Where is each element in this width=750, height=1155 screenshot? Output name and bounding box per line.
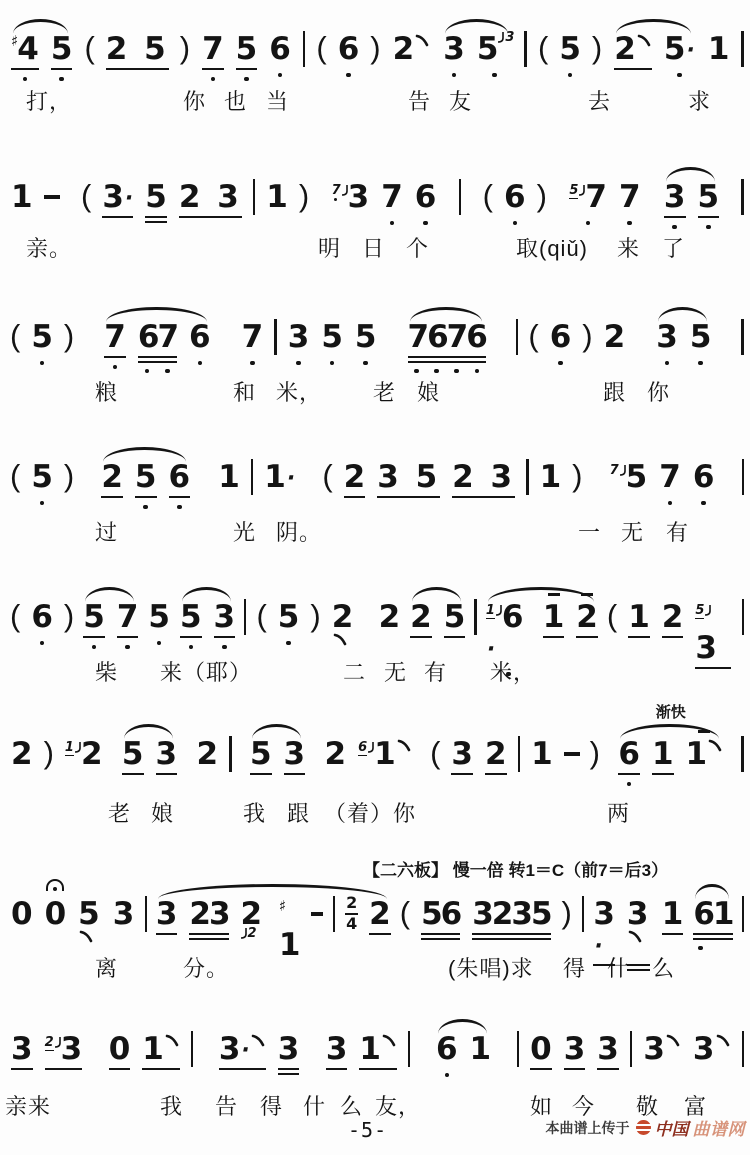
octave-dots [116,645,140,650]
underline [618,773,640,776]
lyric: 米， [276,376,322,407]
lyric: 分。 [183,952,229,983]
note-digit: 3 [664,182,686,213]
lyric: 粮 [95,376,118,407]
paren-open: ( [538,32,548,63]
octave-dots [201,77,225,82]
barline [253,179,256,215]
paren-close: ) [562,897,572,928]
note: 7 [658,462,682,493]
note-digit: 2 3 [452,462,515,493]
note: 7 [618,182,642,213]
barline [526,459,529,495]
note: 5 [558,34,582,65]
note-group: 7676 [103,322,211,353]
note: 5 [689,322,713,353]
note-digit: 1 [264,462,286,493]
note-digit: 5 [180,602,202,633]
note-digit: 1 [708,34,730,65]
note-digit: 2 [101,462,123,493]
underline [344,496,366,499]
lyric: 也 [224,85,247,116]
note-digit: 2 [369,899,391,930]
note-digit: 5 [78,899,100,930]
underline [189,933,228,936]
grace-octave-dot [334,198,337,201]
grace-note: 7 [610,464,627,477]
lyric: 得 [260,1090,283,1121]
note-digit: 2 [324,739,346,770]
note-group: (321) [430,739,600,772]
note-group: 16·12 [485,602,599,664]
fall-stroke-icon [628,930,643,943]
note-digit: 5 [698,182,720,213]
music-line: 2)1253253261(321)渐快611老娘我跟（着）你两 [10,739,744,772]
note-digit: 5 [278,602,300,633]
underline [284,773,306,776]
note-digit: 1 [652,739,674,770]
high-octave-mark [581,593,593,596]
note: 3 [155,739,179,770]
music-line: (5)25611·(23 52 31)7576过光阴。一无有 [10,462,744,495]
paren-open: ( [528,320,538,351]
note: 53 [694,602,731,664]
note-digit: 2 [576,602,598,633]
octave-dots [168,505,192,510]
note: 3 [442,34,466,65]
note: 5 [354,322,378,353]
note: 1 [627,602,651,633]
lyric: 一 [578,516,601,547]
site-name-cn: 中国 [655,1115,689,1140]
octave-dots [435,1073,459,1078]
note-group: 25· [613,34,696,65]
underline [145,216,167,219]
duration-dash [564,752,580,756]
note-group: 25 [409,602,466,633]
lyric: 娘 [151,797,174,828]
lyric: 过 [95,516,118,547]
grace-note: 3 [497,31,514,44]
underline [377,496,440,499]
lyrics-row: 过光阴。一无有 [10,516,744,544]
note: 7676 [407,322,487,353]
lyric: 老 [373,376,396,407]
underline [485,773,507,776]
note-digit: 5 [250,739,272,770]
note-digit: 2 [393,34,415,65]
note-digit: 2 [604,322,626,353]
barline [742,1031,745,1067]
note-group: 31 [325,1034,411,1067]
underline [597,1068,619,1071]
note-group: 03333 [517,1034,744,1067]
octave-dots [134,505,158,510]
sharp-icon: ♯ [279,897,286,915]
underline [169,496,191,499]
underline [369,933,391,936]
note-digit: 5 [145,182,167,213]
note-digit: 3 [693,1034,715,1065]
octave-dots [137,369,178,374]
note: 5 [277,602,301,633]
note-digit: 5 [626,462,648,493]
lyric: 我 [160,1090,183,1121]
barline [303,31,306,67]
augmentation-dot: · [686,38,694,63]
barline [251,459,254,495]
lyric: 娘 [417,376,440,407]
octave-dots [30,361,54,366]
note-digit: 3 [61,1034,83,1065]
octave-dots [476,73,514,78]
lyric: 二 [343,656,366,687]
note-group [303,34,306,67]
underline [564,1068,586,1071]
note-digit: 6 [415,182,437,213]
lyric: 告 [408,85,431,116]
note: 2 [343,462,367,493]
note: 1 [358,1034,398,1065]
note-digit: 2 [379,602,401,633]
note-digit: 1 [628,602,650,633]
note-digit: 7 [242,322,264,353]
lyric: 告 [215,1090,238,1121]
note: 7 [380,182,404,213]
lyrics-row: 离分。(朱唱)求得什么 [10,952,744,980]
note-group: (5) [538,34,602,65]
underline [693,938,732,941]
note: 6 [188,322,212,353]
underline [662,933,684,936]
lyrics-row: 亲。明日个取(qiǔ)来了 [10,232,744,260]
note: 6 [549,322,573,353]
grace-hook-icon [619,464,627,477]
note-group: 7576 [609,462,716,493]
note-digit: 3 [11,1034,33,1065]
note-digit: 3 [348,182,370,213]
note: 6 [617,739,641,770]
lyrics-row: 老娘我跟（着）你两 [10,797,744,825]
note: 5 [50,34,74,65]
paren-open: ( [322,460,332,491]
note: 3 5 [376,462,441,493]
note-digit: 7 [381,182,403,213]
note-digit: 1 [470,1034,492,1065]
note-digit: 7 [585,182,607,213]
fall-stroke-icon [165,1034,180,1047]
note: 0 [44,899,68,930]
lyric: 取(qiǔ) [516,232,588,263]
note-group: 渐快611 [617,739,724,770]
underline [452,496,515,499]
note: 3 [563,1034,587,1065]
note-digit: 3 [284,739,306,770]
note-group [741,182,744,215]
note: 6 [692,462,716,493]
time-signature: 24 [345,895,358,932]
note-digit: 7 [202,34,224,65]
octave-dots [277,641,301,646]
octave-dots [663,225,687,230]
note-digit: 5 [122,739,144,770]
note-group: 01 [108,1034,194,1067]
underline [189,938,228,941]
note: 5 [443,602,467,633]
note-digit: 1 [662,899,684,930]
underline [236,68,258,71]
note-group: (6) [316,34,380,65]
barline [742,599,744,635]
grace-hook-icon [497,31,505,44]
octave-dots [692,501,716,506]
note: 12 [64,739,104,770]
octave-dots [10,77,40,82]
underline [51,68,73,71]
note: 7 [201,34,225,65]
underline [142,1068,180,1071]
note: 6 [414,182,438,213]
lyric: 我 [243,797,266,828]
note: 56 [420,899,461,930]
fall-stroke-icon [716,1034,731,1047]
lyric: 友， [375,1090,421,1121]
note-digit: 2 [81,739,103,770]
octave-dots [617,782,641,787]
lyric: 来 [617,232,640,263]
notes-row: (6)57553(5)222516·12(1253 [10,602,744,664]
grace-hook-icon [240,927,248,940]
lyric: 个 [406,232,429,263]
paren-close: ) [582,320,592,351]
music-line: (6)57553(5)222516·12(1253柴来（耶）二无有米， [10,602,744,664]
note-digit: 3 [156,739,178,770]
note: 3 [10,1034,34,1065]
note: 75 [609,462,649,493]
octave-dots [147,641,171,646]
note-digit: 5 [148,602,170,633]
note-group: 256 [100,462,191,493]
paren-open: ( [483,180,493,211]
underline [472,933,550,936]
fall-stroke-icon [333,633,348,646]
note-digit: 3 [656,322,678,353]
note: 2 [100,462,124,493]
note-group: 261 [323,739,412,770]
octave-dots [179,645,203,650]
music-line: (5)767673557676(6)235粮和米，老娘跟你 [10,322,744,355]
note: 3 [692,1034,732,1065]
octave-dots [414,221,438,226]
note-group: 61 [692,899,733,930]
note-digit: 2 [11,739,33,770]
barline [333,896,335,932]
note-group: 3·3 [218,1034,301,1065]
underline [145,221,167,224]
note: 61 [692,899,733,930]
note: 5 [179,602,203,633]
underline [179,216,242,219]
note-group: (1253 [607,602,744,664]
note: 3· [101,182,134,213]
note-group [741,739,744,772]
octave-dots [320,361,344,366]
augmentation-dot: · [125,186,133,211]
note: 3· [218,1034,267,1065]
note-digit: 1 [686,739,708,770]
underline [101,496,123,499]
octave-dots [692,946,733,951]
note-digit: 3 [102,182,124,213]
note-group: (6)2 [516,322,626,355]
octave-dots [697,225,721,230]
underline [45,1068,83,1071]
fermata-icon [46,879,64,891]
barline [459,179,462,215]
music-line: ♯45(2 5)756(6)2353(5)25·1打，你也当告友去求 [10,34,744,67]
lyric: 明 [318,232,341,263]
note-digit: 56 [421,899,460,930]
underline [530,1068,552,1071]
note: 2 [368,899,392,930]
paren-close: ) [299,180,309,211]
note-digit: 2 [614,34,636,65]
note: 6 [268,34,292,65]
note-digit: 3 [156,899,178,930]
paren-close: ) [64,320,74,351]
note-group: 7355 [241,322,378,355]
underline [410,636,432,639]
grace-note: 1 [486,604,503,619]
lyric: 跟 [287,797,310,828]
note-group: 577 [568,182,641,213]
note-group: 57 [82,602,139,633]
fall-stroke-icon [382,1034,397,1047]
note-digit: 5 [83,602,105,633]
underline [543,636,565,639]
note-digit: 3 [443,34,465,65]
fall-stroke-icon [79,930,94,943]
lyric: 你 [183,85,206,116]
note: 2 5 [105,34,170,65]
site-logo-icon [636,1120,651,1135]
underline [628,636,650,639]
octave-dots [213,645,237,650]
note-digit: 6 [502,602,524,633]
grace-hook-icon [495,604,503,617]
octave-dots [442,73,466,78]
barline [742,896,745,932]
lyric: 和 [233,376,256,407]
note-digit: 2 [410,602,432,633]
lyric: 离 [95,952,118,983]
paren-open: ( [10,460,20,491]
note: 2 3 [178,182,243,213]
note: ♯4 [10,34,40,65]
notes-row: 1(3·52 31)7376(6)57735 [10,182,744,215]
lyric: 友 [449,85,472,116]
underline [278,1068,300,1071]
underline [122,773,144,776]
note-digit: 5 [236,34,258,65]
note-group [741,34,744,67]
note: 3 [112,899,136,930]
note: 0 [529,1034,553,1065]
note: 1 [10,182,34,213]
note-digit: 3 [219,1034,241,1065]
note-digit: 2 [332,602,354,633]
note: 2 [195,739,219,770]
barline [145,896,147,932]
barline [741,31,744,67]
note: 1 [707,34,731,65]
lyric: 了 [662,232,685,263]
note-digit: 5 [559,34,581,65]
note: 57 [568,182,608,213]
lyric: 求 [688,85,711,116]
underline [614,68,652,71]
note: 1 [542,602,566,633]
note-digit: 3 [593,899,615,930]
note: 6 [435,1034,459,1065]
music-line: 323013·3316103333亲来我告得什么友，如今敬富 [10,1034,744,1067]
note: 5 [147,602,171,633]
grace-note: 6 [358,741,375,756]
barline [741,736,744,772]
paren-close: ) [537,180,547,211]
octave-dots [50,77,74,82]
paren-close: ) [370,32,380,63]
paren-close: ) [310,600,320,631]
note-digit: 3 [288,322,310,353]
underline [693,933,732,936]
note: 2 [575,602,599,633]
underline [408,356,486,359]
note: 6 [168,462,192,493]
grace-hook-icon [367,741,375,754]
lyric: 么 [340,1090,363,1121]
notes-row: 323013·3316103333 [10,1034,744,1067]
barline [741,179,744,215]
note-digit: 6 [504,182,526,213]
note-group: 353 [442,34,513,65]
octave-dots [380,221,404,226]
note-digit: 5 [321,322,343,353]
lyric: 有 [666,516,689,547]
underline [278,1073,300,1076]
underline [83,636,105,639]
paren-open: ( [81,180,91,211]
note: 23 [188,899,229,930]
underline [202,68,224,71]
lyric: (朱唱)求 [448,952,534,983]
underline [451,773,473,776]
note: 61 [357,739,413,770]
note-digit: 67 [138,322,177,353]
paren-close: ) [64,460,74,491]
lyric: 来（耶） [160,656,252,687]
underline [138,361,177,364]
lyric: 老 [108,797,131,828]
lyric: 两 [607,797,630,828]
note-digit: 5 [690,322,712,353]
octave-dots [655,361,679,366]
note-digit: 61 [693,899,732,930]
paren-close: ) [592,32,602,63]
note: 5 [697,182,721,213]
octave-dots [82,645,106,650]
fall-stroke-icon [251,1034,266,1047]
